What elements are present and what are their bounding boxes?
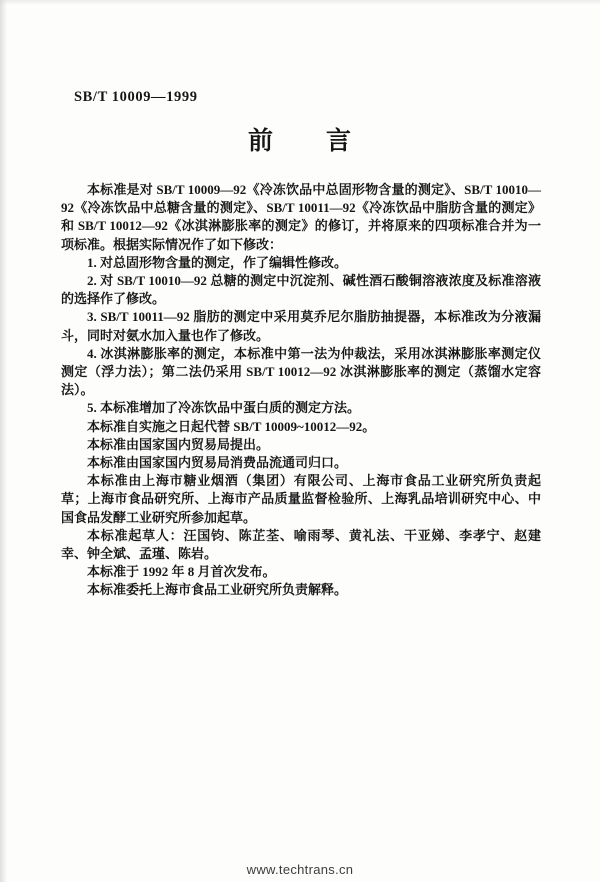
scan-edge-top	[0, 0, 600, 5]
foreword-body: 本标准是对 SB/T 10009—92《冷冻饮品中总固形物含量的测定》、SB/T…	[61, 181, 541, 600]
foreword-first-issue-date: 本标准于 1992 年 8 月首次发布。	[61, 563, 541, 581]
scanned-standard-page: SB/T 10009—1999 前言 本标准是对 SB/T 10009—92《冷…	[0, 0, 600, 882]
standard-code: SB/T 10009—1999	[74, 89, 198, 106]
foreword-drafters: 本标准起草人：汪国钧、陈芷荃、喻雨琴、黄礼法、干亚娣、李孝宁、赵建幸、钟全斌、孟…	[61, 527, 541, 563]
page-title-char-2: 言	[326, 128, 352, 155]
foreword-proposed-by: 本标准由国家国内贸易局提出。	[61, 436, 541, 454]
foreword-item-4: 4. 冰淇淋膨胀率的测定，本标准中第一法为仲裁法，采用冰淇淋膨胀率测定仪测定（浮…	[61, 345, 541, 400]
foreword-centralized-by: 本标准由国家国内贸易局消费品流通司归口。	[61, 454, 541, 472]
foreword-interpretation: 本标准委托上海市食品工业研究所负责解释。	[61, 581, 541, 599]
page-title-char-1: 前	[248, 128, 274, 155]
page-title: 前言	[0, 121, 600, 157]
foreword-item-2: 2. 对 SB/T 10010—92 总糖的测定中沉淀剂、碱性酒石酸铜溶液浓度及…	[61, 272, 541, 308]
foreword-item-3: 3. SB/T 10011—92 脂肪的测定中采用莫乔尼尔脂肪抽提器，本标准改为…	[61, 308, 541, 344]
foreword-item-5: 5. 本标准增加了冷冻饮品中蛋白质的测定方法。	[61, 399, 541, 417]
foreword-item-1: 1. 对总固形物含量的测定，作了编辑性修改。	[61, 254, 541, 272]
foreword-replacement-note: 本标准自实施之日起代替 SB/T 10009~10012—92。	[61, 418, 541, 436]
footer-url: www.techtrans.cn	[0, 862, 600, 877]
foreword-drafting-orgs: 本标准由上海市糖业烟酒（集团）有限公司、上海市食品工业研究所负责起草；上海市食品…	[61, 472, 541, 527]
foreword-paragraph-intro: 本标准是对 SB/T 10009—92《冷冻饮品中总固形物含量的测定》、SB/T…	[61, 181, 541, 254]
